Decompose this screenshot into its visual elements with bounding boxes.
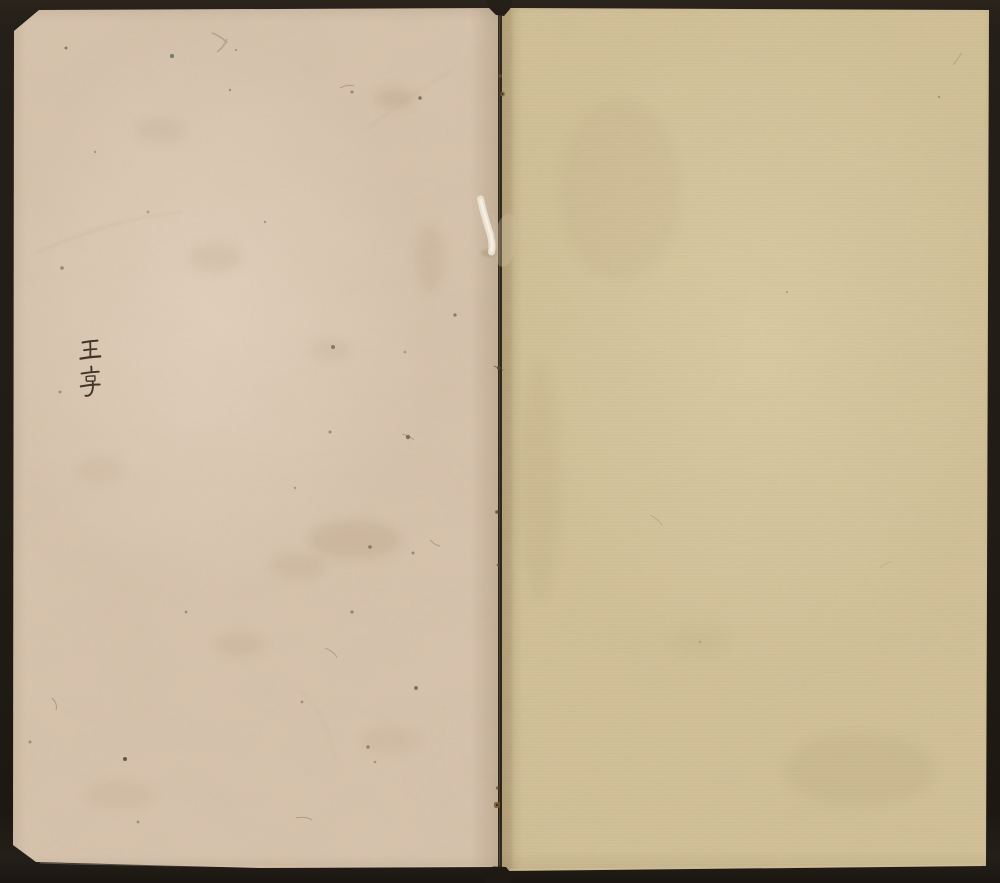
inscription-text: 王享 bbox=[0, 0, 1, 1]
book-scan: 王享 bbox=[0, 0, 1000, 883]
left-page bbox=[0, 0, 500, 883]
right-page bbox=[500, 0, 1000, 883]
